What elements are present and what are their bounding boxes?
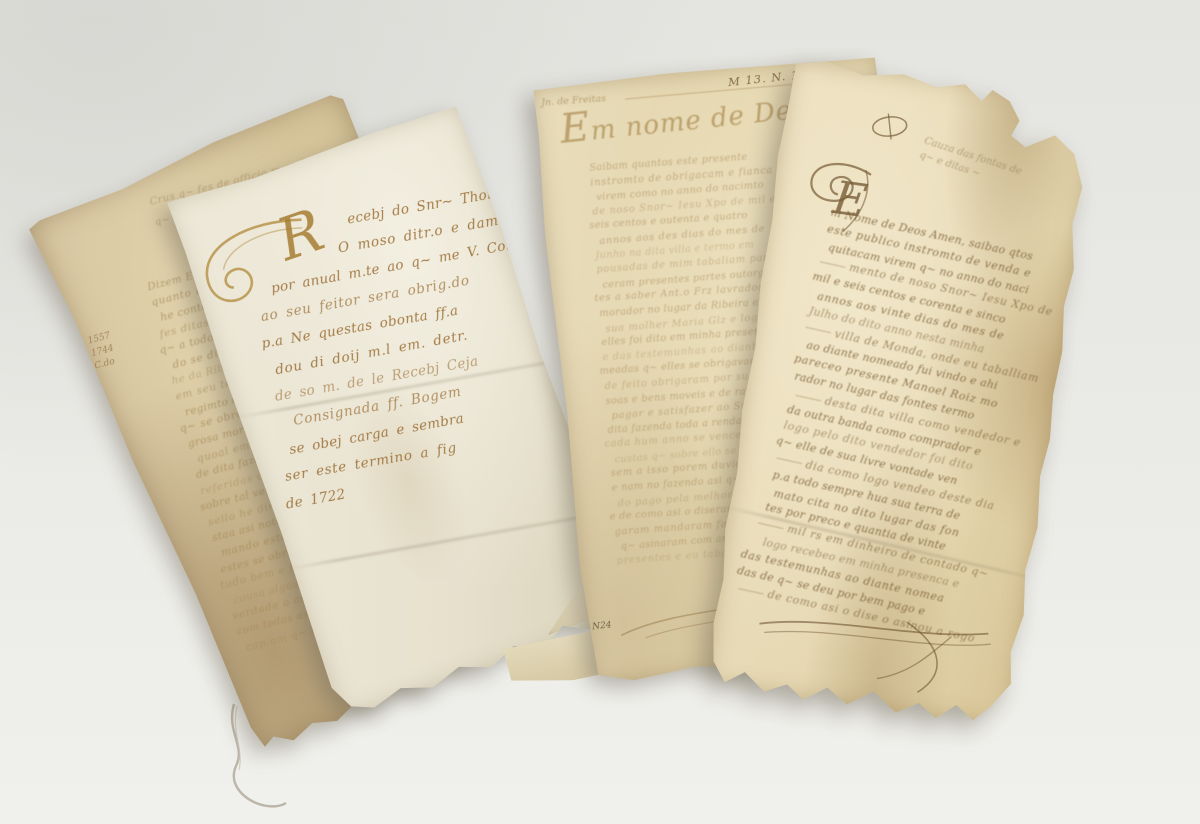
manuscript-2-lines: ecebj do Snr~ Thome Ribr.o de RegO moso … (229, 183, 533, 520)
manuscript-2: R ecebj do Snr~ Thome Ribr.o de RegO mos… (245, 138, 555, 683)
manuscript-4-sheet: Cauza das fontas de q~ e ditas ~ E m Nom… (702, 57, 1097, 729)
page-mark: N24 (592, 620, 612, 632)
manuscript-4: Cauza das fontas de q~ e ditas ~ E m Nom… (745, 75, 1055, 710)
manuscript-4-lines: m Nome de Deos Amen, saibao qtoseste pub… (745, 205, 1076, 653)
photo-of-manuscripts: Crus q~ fes de officio m.or dou fee q~ C… (0, 0, 1200, 824)
manuscript-1-margin-marks: 1557 1744 C.do (87, 330, 119, 374)
seal-doodle-icon (866, 109, 917, 146)
docket-note: Cauza das fontas de q~ e ditas ~ (917, 134, 1023, 194)
